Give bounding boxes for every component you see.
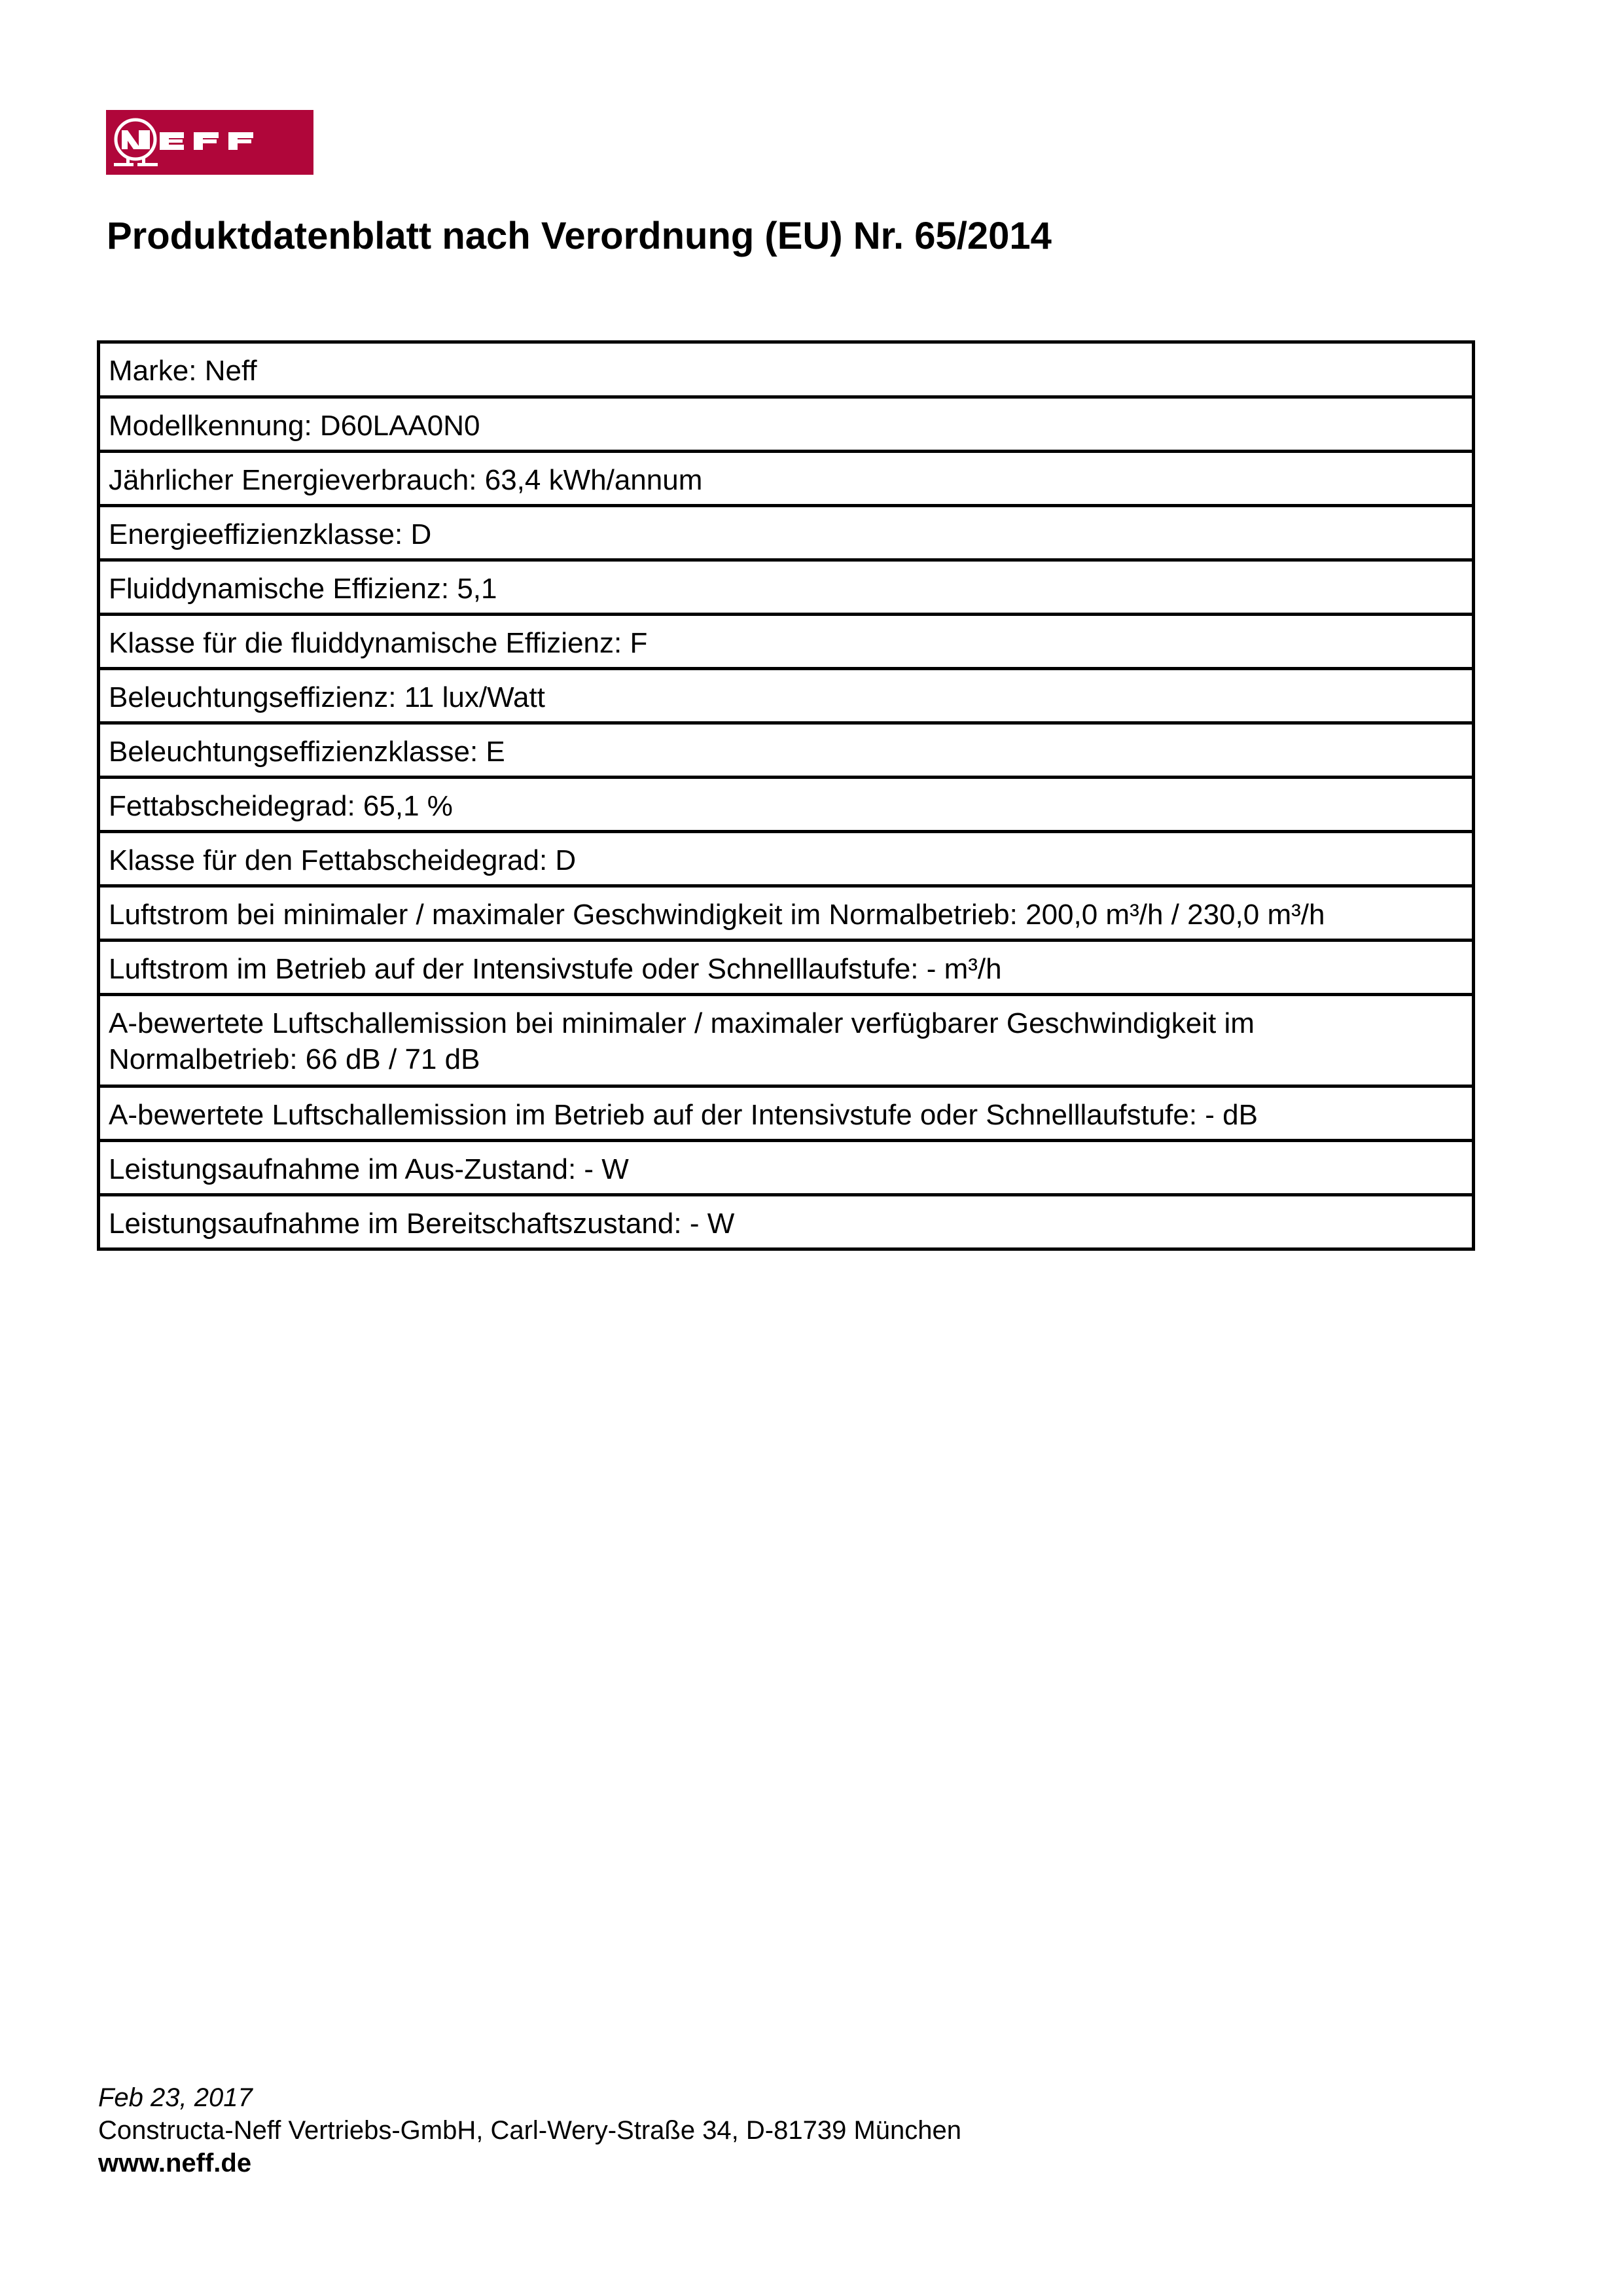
table-row: Leistungsaufnahme im Bereitschaftszustan…: [100, 1193, 1472, 1247]
page-title: Produktdatenblatt nach Verordnung (EU) N…: [107, 213, 1052, 259]
neff-logo-icon: [106, 110, 313, 175]
website-link[interactable]: www.neff.de: [98, 2147, 961, 2179]
table-row: A-bewertete Luftschallemission bei minim…: [100, 993, 1472, 1085]
neff-logo: [106, 110, 313, 175]
company-address: Constructa-Neff Vertriebs-GmbH, Carl-Wer…: [98, 2114, 961, 2147]
table-row: A-bewertete Luftschallemission im Betrie…: [100, 1085, 1472, 1139]
table-row: Marke: Neff: [100, 344, 1472, 395]
table-row: Klasse für den Fettabscheidegrad: D: [100, 830, 1472, 884]
table-row: Luftstrom im Betrieb auf der Intensivstu…: [100, 939, 1472, 993]
table-row: Klasse für die fluiddynamische Effizienz…: [100, 613, 1472, 667]
product-data-table: Marke: Neff Modellkennung: D60LAA0N0 Jäh…: [97, 340, 1475, 1251]
table-row: Energieeffizienzklasse: D: [100, 504, 1472, 558]
table-row: Fettabscheidegrad: 65,1 %: [100, 776, 1472, 830]
table-row: Beleuchtungseffizienzklasse: E: [100, 721, 1472, 776]
footer: Feb 23, 2017 Constructa-Neff Vertriebs-G…: [98, 2081, 961, 2179]
document-date: Feb 23, 2017: [98, 2081, 961, 2114]
table-row: Leistungsaufnahme im Aus-Zustand: - W: [100, 1139, 1472, 1193]
table-row: Modellkennung: D60LAA0N0: [100, 395, 1472, 450]
table-row: Fluiddynamische Effizienz: 5,1: [100, 558, 1472, 613]
table-row: Jährlicher Energieverbrauch: 63,4 kWh/an…: [100, 450, 1472, 504]
table-row: Beleuchtungseffizienz: 11 lux/Watt: [100, 667, 1472, 721]
table-row: Luftstrom bei minimaler / maximaler Gesc…: [100, 884, 1472, 939]
